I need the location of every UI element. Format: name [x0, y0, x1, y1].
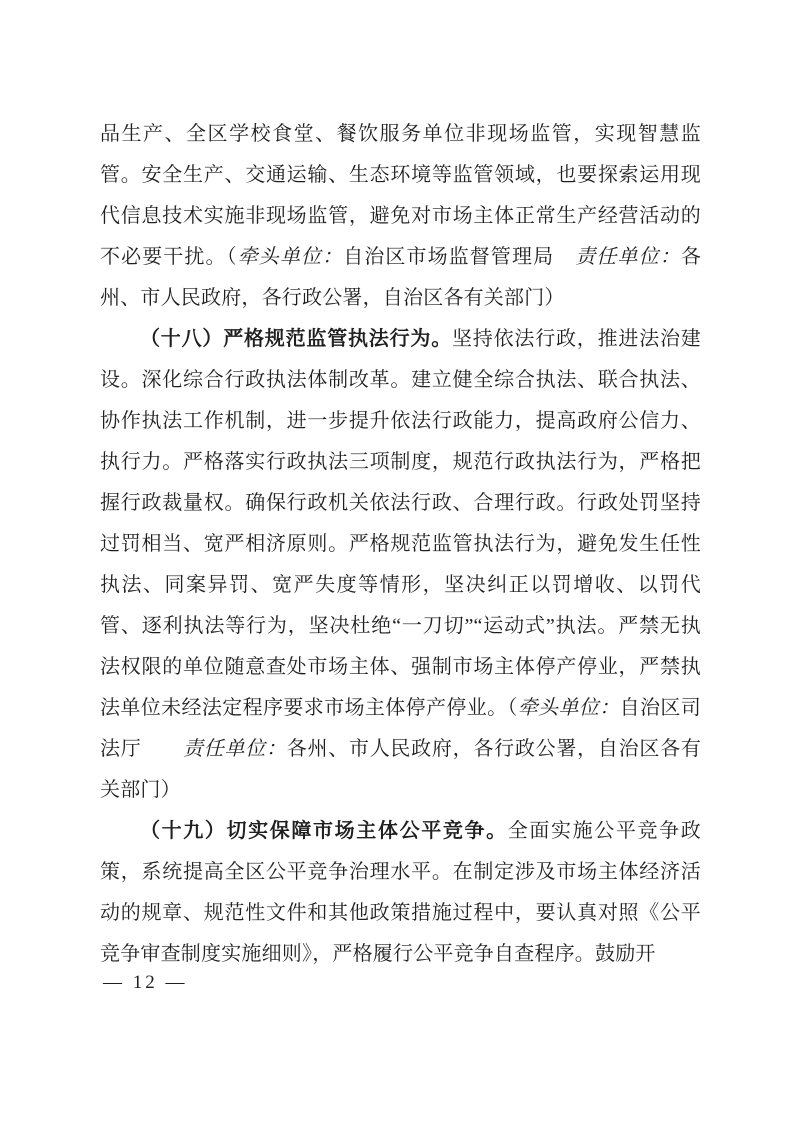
- lead-unit-value: 自治区市场监督管理局: [343, 246, 554, 268]
- responsible-unit-label: 责任单位：: [575, 246, 681, 268]
- unit-spacer: [142, 738, 184, 760]
- text-body: 品生产、全区学校食堂、餐饮服务单位非现场监管，实现智慧监管。安全生产、交通运输、…: [100, 114, 701, 975]
- lead-unit-label: 牵头单位：: [238, 246, 344, 268]
- paragraph-continued: 品生产、全区学校食堂、餐饮服务单位非现场监管，实现智慧监管。安全生产、交通运输、…: [100, 114, 701, 319]
- paragraph-item-18: （十八）严格规范监管执法行为。坚持依法行政，推进法治建设。深化综合行政执法体制改…: [100, 319, 701, 811]
- lead-unit-label: 牵头单位：: [518, 697, 620, 719]
- unit-spacer: [554, 246, 575, 268]
- body-text: 坚持依法行政，推进法治建设。深化综合行政执法体制改革。建立健全综合执法、联合执法…: [100, 328, 701, 719]
- paragraph-item-19: （十九）切实保障市场主体公平竞争。全面实施公平竞争政策，系统提高全区公平竞争治理…: [100, 811, 701, 975]
- item-18-heading: （十八）严格规范监管执法行为。: [140, 328, 452, 350]
- page-number: — 12 —: [103, 968, 188, 998]
- responsible-unit-label: 责任单位：: [183, 738, 287, 760]
- document-page: 品生产、全区学校食堂、餐饮服务单位非现场监管，实现智慧监管。安全生产、交通运输、…: [0, 0, 793, 1122]
- item-19-heading: （十九）切实保障市场主体公平竞争。: [140, 820, 508, 842]
